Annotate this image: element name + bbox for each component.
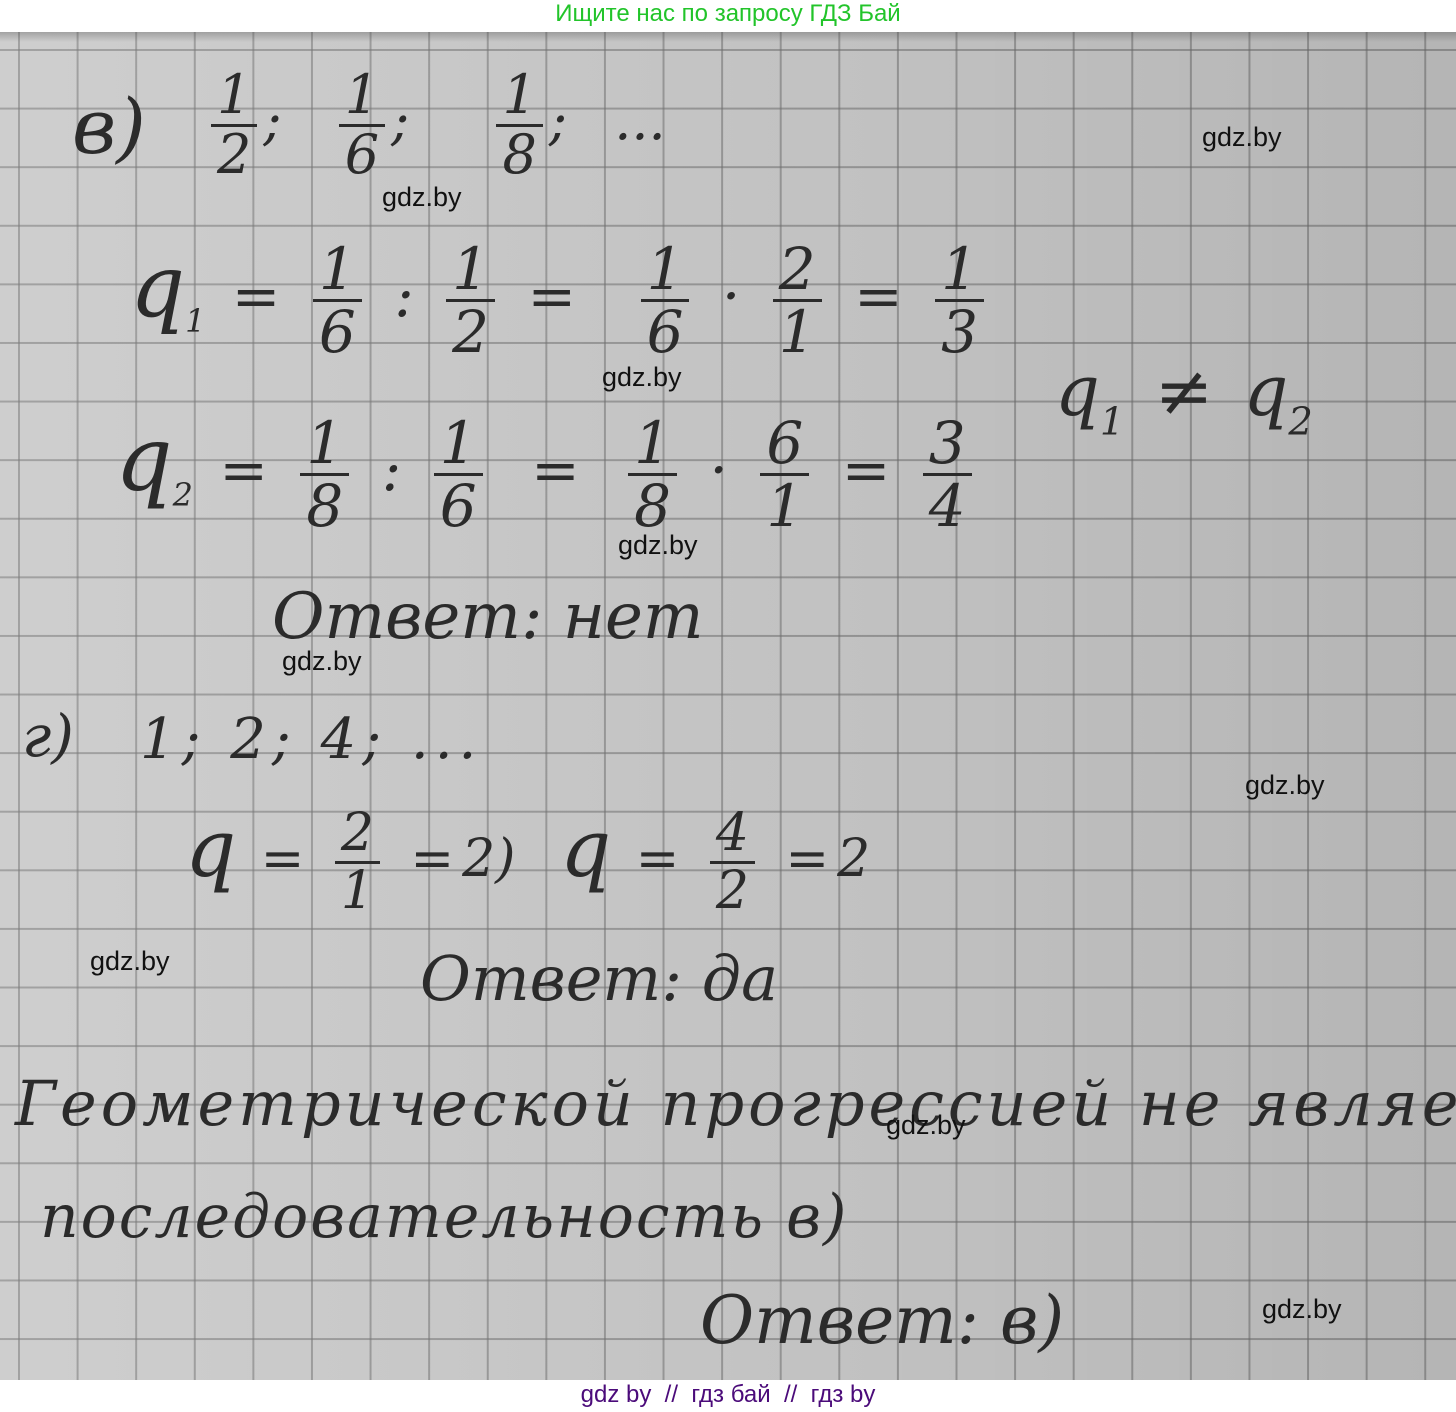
q-equation-a: q = 21 =2) <box>185 802 515 919</box>
final-answer: Ответ: в) <box>700 1282 1064 1359</box>
conclusion-line-2: последовательность в) <box>40 1182 848 1252</box>
watermark: gdz.by <box>1262 1294 1342 1324</box>
term-3: 18 <box>496 67 542 183</box>
watermark: gdz.by <box>282 646 362 676</box>
part-g-label: г) <box>22 702 74 770</box>
site-footer-watermark: gdz by // гдз бай // гдз by <box>0 1380 1456 1412</box>
watermark: gdz.by <box>382 182 462 212</box>
q1-equation: q1 = 16 : 12 = 16 · 21 = 13 <box>130 237 990 363</box>
q2-equation: q2 = 18 : 16 = 18 · 61 = 34 <box>115 407 978 537</box>
part-v-sequence: 12; 16; 18; ... <box>205 67 666 183</box>
search-hint-banner: Ищите нас по запросу ГДЗ Бай <box>0 0 1456 32</box>
conclusion-line-1: Геометрической прогрессией не является <box>15 1067 1456 1140</box>
watermark: gdz.by <box>90 946 170 976</box>
watermark: gdz.by <box>1245 770 1325 800</box>
part-v-answer: Ответ: нет <box>272 580 704 654</box>
term-1: 12 <box>211 67 257 183</box>
part-g-answer: Ответ: да <box>420 942 778 1015</box>
part-v-label: в) <box>72 82 146 171</box>
watermark: gdz.by <box>1202 122 1282 152</box>
notebook-page-scan: в) 12; 16; 18; ... q1 = 16 : 12 = 16 · 2… <box>0 32 1456 1380</box>
part-g-sequence: 1; 2; 4; ... <box>140 707 482 772</box>
watermark: gdz.by <box>602 362 682 392</box>
term-2: 16 <box>339 67 385 183</box>
q-equation-b: q = 42 =2 <box>560 802 870 919</box>
watermark: gdz.by <box>886 1110 966 1140</box>
q-comparison: q1 ≠ q2 <box>1055 350 1313 444</box>
watermark: gdz.by <box>618 530 698 560</box>
